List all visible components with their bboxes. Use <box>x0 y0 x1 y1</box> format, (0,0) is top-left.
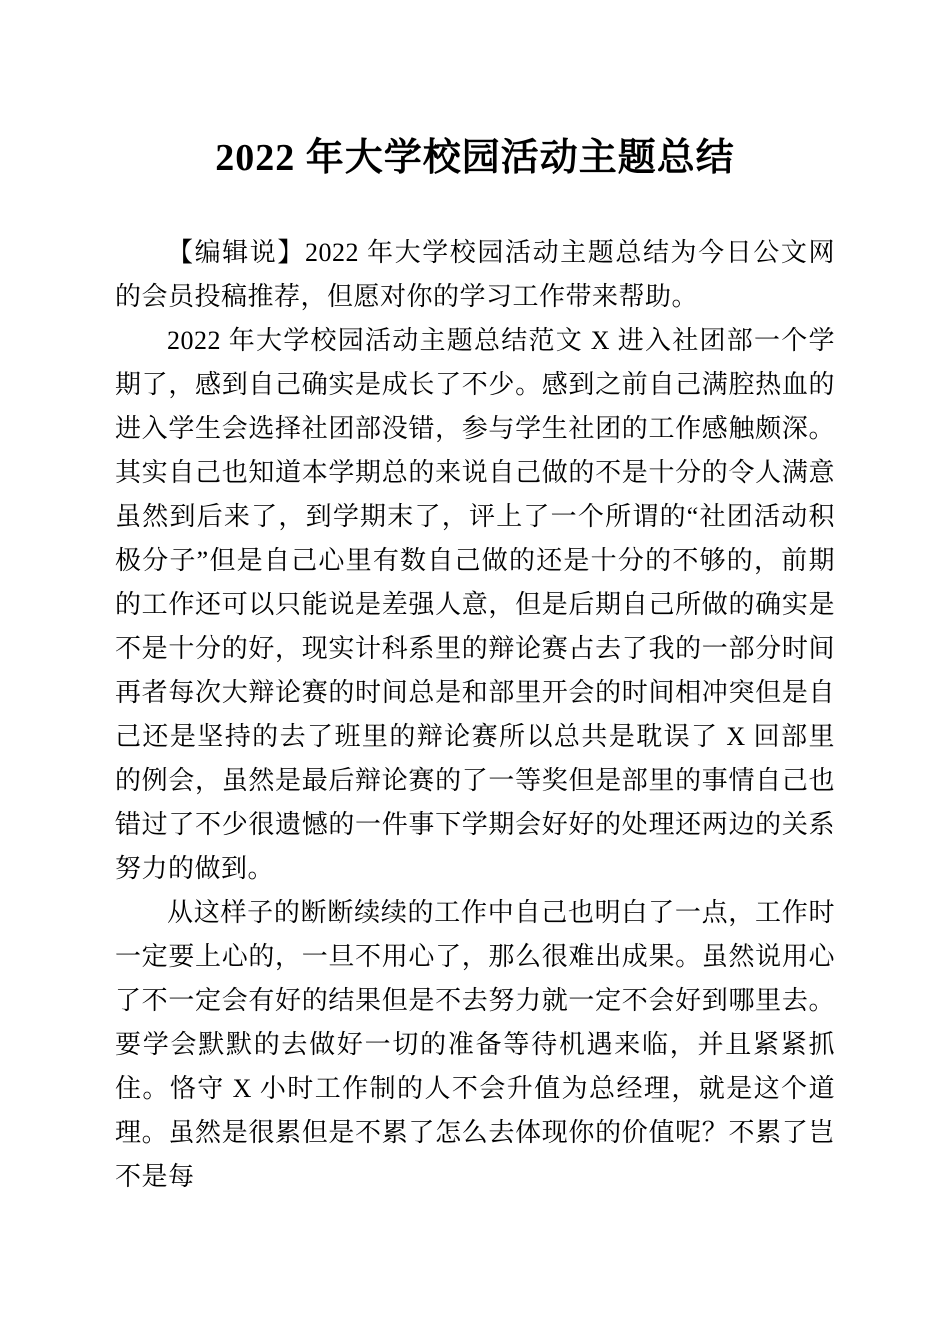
paragraph: 2022 年大学校园活动主题总结范文 X 进入社团部一个学期了，感到自己确实是成… <box>115 319 835 891</box>
document-page: 2022 年大学校园活动主题总结 【编辑说】2022 年大学校园活动主题总结为今… <box>0 0 950 1344</box>
document-title: 2022 年大学校园活动主题总结 <box>115 133 835 183</box>
document-body: 【编辑说】2022 年大学校园活动主题总结为今日公文网的会员投稿推荐，但愿对你的… <box>115 231 835 1199</box>
paragraph: 从这样子的断断续续的工作中自己也明白了一点，工作时一定要上心的，一旦不用心了，那… <box>115 891 835 1199</box>
paragraph: 【编辑说】2022 年大学校园活动主题总结为今日公文网的会员投稿推荐，但愿对你的… <box>115 231 835 319</box>
